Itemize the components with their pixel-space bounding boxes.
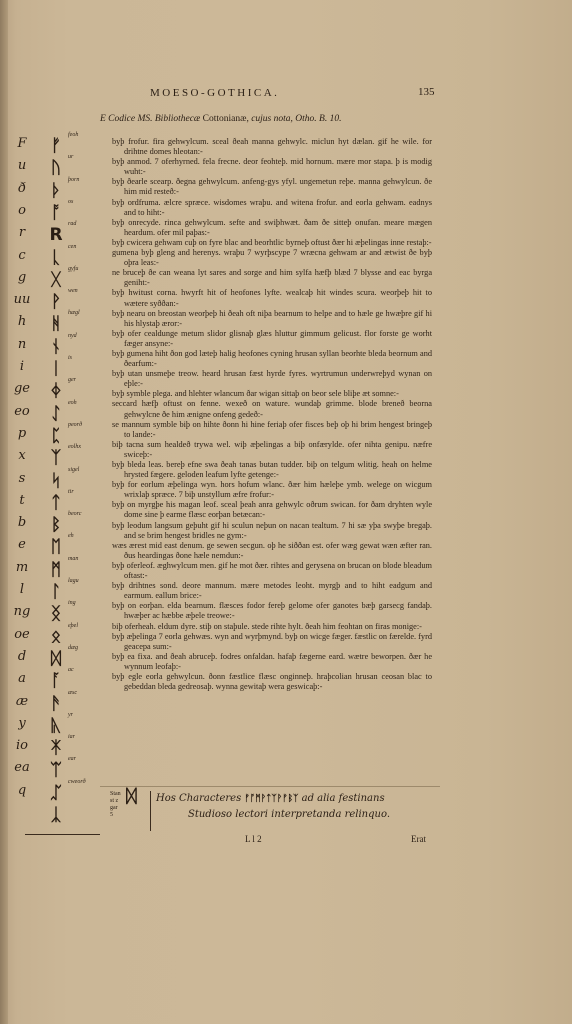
latin-letter: ea xyxy=(8,760,36,775)
stanza-first-word: se xyxy=(112,420,119,429)
rune-glyph-icon: ᚾ xyxy=(40,337,72,357)
latin-letter: o xyxy=(8,203,36,218)
rune-name: cen xyxy=(68,244,76,250)
stanza-first-word: byþ xyxy=(112,632,124,641)
stanza-first-word: byþ xyxy=(112,521,124,530)
stanza-text: drihtnes sond. deore mannum. mære metode… xyxy=(124,581,432,600)
latin-letter: æ xyxy=(8,694,36,709)
poem-stanza: byþ æþelinga 7 eorla gehwæs. wyn and wyr… xyxy=(112,632,432,652)
stanza-text: utan unsmeþe treow. heard hrusan fæst hy… xyxy=(124,369,432,388)
rune-glyph-icon: ᚫ xyxy=(40,694,72,714)
stanza-first-word: byþ xyxy=(112,601,124,610)
stanza-first-word: byþ xyxy=(112,157,124,166)
rune-name: rad xyxy=(68,221,76,227)
rune-row: ioᛡiar xyxy=(0,738,110,762)
latin-letter: t xyxy=(8,493,36,508)
rune-glyph-icon: ᚢ xyxy=(40,158,72,178)
rune-row: aᚪac xyxy=(0,671,110,695)
rune-row: qᛢcweorð xyxy=(0,783,110,807)
stanza-first-word: byþ xyxy=(112,652,124,661)
stanza-first-word: byþ xyxy=(112,460,124,469)
latin-letter: a xyxy=(8,671,36,686)
note-text: Hos Characteres ᚠᚩᛗᚹᛏᛉᚹᚠᛒᛉ ad alia festi… xyxy=(156,791,446,823)
poem-stanza: gumena byþ gleng and herenys. wraþu 7 wy… xyxy=(112,248,432,268)
rune-row: yᚣyr xyxy=(0,716,110,740)
source-prefix: E Codice MS. Bibliothecæ xyxy=(100,114,200,124)
rune-name: ger xyxy=(68,377,76,383)
rune-glyph-icon: ᚣ xyxy=(40,716,72,736)
rune-glyph-icon: ᚩ xyxy=(40,203,72,223)
rune-row: lᛚlagu xyxy=(0,582,110,606)
rune-row: cᚳcen xyxy=(0,248,110,272)
stanza-text: tacna sum healdeð trywa wel. wiþ æþeling… xyxy=(124,440,432,459)
rune-name: man xyxy=(68,556,78,562)
rune-glyph-icon: ᛡ xyxy=(40,738,72,758)
rune-name: æsc xyxy=(68,690,77,696)
rune-name: lagu xyxy=(68,578,79,584)
rune-row: gᚷgyfu xyxy=(0,270,110,294)
rune-row: ᛣ xyxy=(0,805,110,829)
note-runes: ᚠᚩᛗᚹᛏᛉᚹᚠᛒᛉ xyxy=(244,794,298,804)
rune-row: pᛈpeorð xyxy=(0,426,110,450)
marginal-note: 5 xyxy=(110,812,150,819)
page-number: 135 xyxy=(418,86,435,98)
stanza-text: byþ gleng and herenys. wraþu 7 wyrþscype… xyxy=(124,248,432,267)
latin-letter: b xyxy=(8,515,36,530)
rune-row: hᚻhægl xyxy=(0,314,110,338)
latin-letter: m xyxy=(8,560,36,575)
poem-stanza: byþ ðearle scearp. ðegna gehwylcum. anfe… xyxy=(112,177,432,197)
poem-stanza: byþ oferleof. æghwylcum men. gif he mot … xyxy=(112,561,432,581)
bind-rune-icon: ᛞ xyxy=(126,793,137,800)
rune-glyph-icon: ᛗ xyxy=(40,560,72,580)
stanza-text: hwitust corna. hwyrft hit of heofones ly… xyxy=(124,288,432,307)
poem-stanza: byþ nearu on breostan weorþeþ hi ðeah of… xyxy=(112,309,432,329)
rune-row: ðᚦþorn xyxy=(0,181,110,205)
poem-stanza: biþ tacna sum healdeð trywa wel. wiþ æþe… xyxy=(112,440,432,460)
rune-name: ac xyxy=(68,667,74,673)
stanza-text: cwicera gehwam cuþ on fyre blac and beor… xyxy=(127,238,432,247)
source-suffix: cujus nota, Otho. B. 10. xyxy=(251,114,341,124)
stanza-first-word: byþ xyxy=(112,309,124,318)
stanza-text: onrecyde. rinca gehwylcum. sefte and swi… xyxy=(124,218,432,237)
rune-glyph-icon: ᛖ xyxy=(40,537,72,557)
stanza-first-word: wæs xyxy=(112,541,127,550)
rune-name: nyd xyxy=(68,333,77,339)
rune-name: is xyxy=(68,355,72,361)
latin-letter: e xyxy=(8,537,36,552)
stanza-first-word: byþ xyxy=(112,198,124,207)
poem-stanza: byþ onrecyde. rinca gehwylcum. sefte and… xyxy=(112,218,432,238)
latin-letter: u xyxy=(8,158,36,173)
rune-glyph-icon: ᛒ xyxy=(40,515,72,535)
stanza-text: leodum langsum geþuht gif hi sculun neþu… xyxy=(124,521,432,540)
catchword: Erat xyxy=(411,834,426,844)
latin-letter: l xyxy=(8,582,36,597)
stanza-text: ofer cealdunge metum slidor glisnaþ glæs… xyxy=(124,329,432,348)
stanza-first-word: byþ xyxy=(112,500,124,509)
rune-row: xᛉeolhx xyxy=(0,448,110,472)
latin-letter: uu xyxy=(8,292,36,307)
closing-note: Stan st z gar 5 ᛞ Hos Characteres ᚠᚩᛗᚹᛏᛉ… xyxy=(100,786,440,831)
rune-row: sᛋsigel xyxy=(0,471,110,495)
latin-letter: s xyxy=(8,471,36,486)
rune-row: tᛏtir xyxy=(0,493,110,517)
poem-stanza: byþ hwitust corna. hwyrft hit of heofone… xyxy=(112,288,432,308)
rune-glyph-icon: R xyxy=(40,225,72,245)
rune-row: æᚫæsc xyxy=(0,694,110,718)
rune-row: eoᛇeoh xyxy=(0,404,110,428)
rune-row: rRrad xyxy=(0,225,110,249)
stanza-text: hæfþ oftust on fenne. wexeð on wature. w… xyxy=(124,399,432,418)
rune-glyph-icon: ᚠ xyxy=(40,136,72,156)
rune-name: wen xyxy=(68,288,78,294)
stanza-text: for eorlum æþelinga wyn. hors hofum wlan… xyxy=(124,480,432,499)
stanza-text: æþelinga 7 eorla gehwæs. wyn and wyrþmyn… xyxy=(124,632,432,651)
stanza-first-word: byþ xyxy=(112,218,124,227)
poem-stanza: seccard hæfþ oftust on fenne. wexeð on w… xyxy=(112,399,432,419)
poem-stanza: byþ egle eorla gehwylcun. ðonn fæstlice … xyxy=(112,672,432,692)
rune-name: peorð xyxy=(68,422,82,428)
rune-glyph-icon: ᛏ xyxy=(40,493,72,513)
latin-letter: r xyxy=(8,225,36,240)
latin-letter: n xyxy=(8,337,36,352)
latin-letter: p xyxy=(8,426,36,441)
stanza-first-word: biþ xyxy=(112,440,123,449)
stanza-text: oferheah. eldum dyre. stiþ on staþule. s… xyxy=(125,622,422,631)
left-rule xyxy=(25,834,100,835)
rune-name: tir xyxy=(68,489,74,495)
stanza-text: ðearle scearp. ðegna gehwylcum. anfeng-g… xyxy=(124,177,432,196)
poem-stanza: wæs ærest mid east denum. ge sewen secgu… xyxy=(112,541,432,561)
stanza-text: anmod. 7 oferhyrned. fela frecne. deor f… xyxy=(124,157,432,176)
latin-letter: io xyxy=(8,738,36,753)
source-library: Cottonianæ, xyxy=(203,114,249,124)
poem-stanza: byþ ea fixa. and ðeah abruceþ. fodres on… xyxy=(112,652,432,672)
rune-glyph-icon: ᛠ xyxy=(40,760,72,780)
rune-row: oeᛟeþel xyxy=(0,627,110,651)
poem-stanza: biþ oferheah. eldum dyre. stiþ on staþul… xyxy=(112,622,432,632)
poem-stanza: byþ symble plega. and hlehter wlancum ða… xyxy=(112,389,432,399)
rune-glyph-icon: ᚦ xyxy=(40,181,72,201)
rune-name: beorc xyxy=(68,511,81,517)
rune-glyph-icon: ᛄ xyxy=(40,381,72,401)
rune-glyph-icon: ᚹ xyxy=(40,292,72,312)
poem-stanza: byþ cwicera gehwam cuþ on fyre blac and … xyxy=(112,238,432,248)
rune-row: geᛄger xyxy=(0,381,110,405)
stanza-first-word: gumena xyxy=(112,248,138,257)
marginal-note: gar xyxy=(110,805,150,812)
stanza-first-word: byþ xyxy=(112,672,124,681)
rune-glyph-icon: ᛝ xyxy=(40,604,72,624)
running-title: MOESO-GOTHICA. xyxy=(150,87,450,99)
stanza-first-word: ne xyxy=(112,268,120,277)
poem-stanza: byþ ofer cealdunge metum slidor glisnaþ … xyxy=(112,329,432,349)
stanza-first-word: byþ xyxy=(112,369,124,378)
stanza-text: on myrgþe his magan leof. sceal þeah anr… xyxy=(124,500,432,519)
stanza-first-word: byþ xyxy=(112,238,124,247)
rune-name: gyfu xyxy=(68,266,78,272)
rune-glyph-icon: ᛞ xyxy=(40,649,72,669)
poem-stanza: se mannum symble biþ on hihte ðonn hi hi… xyxy=(112,420,432,440)
source-line: E Codice MS. Bibliothecæ Cottonianæ, cuj… xyxy=(100,114,341,124)
rune-name: eolhx xyxy=(68,444,81,450)
rune-glyph-icon: ᛈ xyxy=(40,426,72,446)
rune-row: uᚢur xyxy=(0,158,110,182)
rune-name: yr xyxy=(68,712,73,718)
poem-stanza: byþ frofur. fira gehwylcum. sceal ðeah m… xyxy=(112,137,432,157)
stanza-text: egle eorla gehwylcun. ðonn fæstlice flæs… xyxy=(124,672,432,691)
stanza-first-word: byþ xyxy=(112,177,124,186)
rune-row: oᚩos xyxy=(0,203,110,227)
stanza-first-word: byþ xyxy=(112,329,124,338)
latin-letter: ð xyxy=(8,181,36,196)
latin-letter: eo xyxy=(8,404,36,419)
rune-glyph-icon: ᛇ xyxy=(40,404,72,424)
stanza-text: mannum symble biþ on hihte ðonn hi hine … xyxy=(121,420,432,439)
latin-letter: g xyxy=(8,270,36,285)
rune-name: dæg xyxy=(68,645,78,651)
rune-poem: byþ frofur. fira gehwylcum. sceal ðeah m… xyxy=(112,137,432,692)
stanza-first-word: byþ xyxy=(112,581,124,590)
rune-name: eoh xyxy=(68,400,77,406)
rune-glyph-icon: ᚳ xyxy=(40,248,72,268)
rune-name: iar xyxy=(68,734,75,740)
stanza-first-word: byþ xyxy=(112,349,124,358)
rune-glyph-icon: ᛉ xyxy=(40,448,72,468)
latin-letter: ge xyxy=(8,381,36,396)
rune-name: eþel xyxy=(68,623,78,629)
poem-stanza: byþ anmod. 7 oferhyrned. fela frecne. de… xyxy=(112,157,432,177)
marginal-rune-notes: Stan st z gar 5 ᛞ xyxy=(110,791,150,819)
poem-stanza: byþ bleda leas. bereþ efne swa ðeah tana… xyxy=(112,460,432,480)
stanza-text: symble plega. and hlehter wlancum ðar wi… xyxy=(127,389,399,398)
rune-row: mᛗman xyxy=(0,560,110,584)
poem-stanza: byþ gumena hiht ðon god læteþ halig heof… xyxy=(112,349,432,369)
stanza-text: ordfruma. ælcre spræce. wisdomes wraþu. … xyxy=(124,198,432,217)
latin-letter: x xyxy=(8,448,36,463)
note-line-2: Studioso lectori interpretanda relinquo. xyxy=(156,807,446,823)
stanza-first-word: byþ xyxy=(112,288,124,297)
latin-letter: oe xyxy=(8,627,36,642)
rune-name: ing xyxy=(68,600,76,606)
rune-row: bᛒbeorc xyxy=(0,515,110,539)
stanza-text: bleda leas. bereþ efne swa ðeah tanas bu… xyxy=(124,460,432,479)
rune-glyph-icon: ᛢ xyxy=(40,783,72,803)
rune-row: dᛞdæg xyxy=(0,649,110,673)
rune-row: iᛁis xyxy=(0,359,110,383)
poem-stanza: ne bruceþ ðe can weana lyt sares and sor… xyxy=(112,268,432,288)
vertical-rule xyxy=(150,791,151,831)
rune-name: þorn xyxy=(68,177,79,183)
latin-letter: ng xyxy=(8,604,36,619)
rune-glyph-icon: ᛟ xyxy=(40,627,72,647)
rune-row: Fᚠfeoh xyxy=(0,136,110,160)
stanza-first-word: byþ xyxy=(112,480,124,489)
latin-letter: y xyxy=(8,716,36,731)
latin-letter: i xyxy=(8,359,36,374)
stanza-text: ærest mid east denum. ge sewen secgun. o… xyxy=(124,541,432,560)
signature-mark: L l 2 xyxy=(245,834,262,844)
latin-letter: h xyxy=(8,314,36,329)
rune-glyph-icon: ᚻ xyxy=(40,314,72,334)
stanza-text: nearu on breostan weorþeþ hi ðeah oft ni… xyxy=(124,309,432,328)
latin-letter: F xyxy=(8,136,36,151)
rune-name: ear xyxy=(68,756,76,762)
rune-name: cweorð xyxy=(68,779,86,785)
rune-name: hægl xyxy=(68,310,80,316)
rune-row: eᛖeh xyxy=(0,537,110,561)
stanza-first-word: biþ xyxy=(112,622,123,631)
stanza-first-word: seccard xyxy=(112,399,137,408)
latin-letter: c xyxy=(8,248,36,263)
rune-name: ur xyxy=(68,154,73,160)
stanza-text: frofur. fira gehwylcum. sceal ðeah manna… xyxy=(124,137,432,156)
latin-letter: q xyxy=(8,783,36,798)
poem-stanza: byþ leodum langsum geþuht gif hi sculun … xyxy=(112,521,432,541)
poem-stanza: byþ for eorlum æþelinga wyn. hors hofum … xyxy=(112,480,432,500)
poem-stanza: byþ on eorþan. elda bearnum. flæsces fod… xyxy=(112,601,432,621)
rune-name: sigel xyxy=(68,467,79,473)
poem-stanza: byþ drihtnes sond. deore mannum. mære me… xyxy=(112,581,432,601)
rune-row: eaᛠear xyxy=(0,760,110,784)
poem-stanza: byþ ordfruma. ælcre spræce. wisdomes wra… xyxy=(112,198,432,218)
rune-glyph-icon: ᚪ xyxy=(40,671,72,691)
latin-letter: d xyxy=(8,649,36,664)
rune-row: ngᛝing xyxy=(0,604,110,628)
rune-name: os xyxy=(68,199,73,205)
note-prefix: Hos Characteres xyxy=(156,793,241,804)
stanza-first-word: byþ xyxy=(112,389,124,398)
note-suffix: ad alia festinans xyxy=(302,793,385,804)
rune-glyph-icon: ᛚ xyxy=(40,582,72,602)
stanza-text: bruceþ ðe can weana lyt sares and sorge … xyxy=(123,268,432,287)
rune-row: uuᚹwen xyxy=(0,292,110,316)
stanza-text: ea fixa. and ðeah abruceþ. fodres onfald… xyxy=(124,652,432,671)
poem-stanza: byþ utan unsmeþe treow. heard hrusan fæs… xyxy=(112,369,432,389)
stanza-text: on eorþan. elda bearnum. flæsces fodor f… xyxy=(124,601,432,620)
rune-name: eh xyxy=(68,533,74,539)
rune-name: feoh xyxy=(68,132,78,138)
rune-glyph-icon: ᚷ xyxy=(40,270,72,290)
rune-row: nᚾnyd xyxy=(0,337,110,361)
poem-stanza: byþ on myrgþe his magan leof. sceal þeah… xyxy=(112,500,432,520)
stanza-first-word: byþ xyxy=(112,137,124,146)
stanza-text: gumena hiht ðon god læteþ halig heofones… xyxy=(124,349,432,368)
rune-glyph-icon: ᛣ xyxy=(40,805,72,825)
stanza-first-word: byþ xyxy=(112,561,124,570)
stanza-text: oferleof. æghwylcum men. gif he mot ðær.… xyxy=(124,561,432,580)
rune-glyph-icon: ᛁ xyxy=(40,359,72,379)
rune-glyph-icon: ᛋ xyxy=(40,471,72,491)
